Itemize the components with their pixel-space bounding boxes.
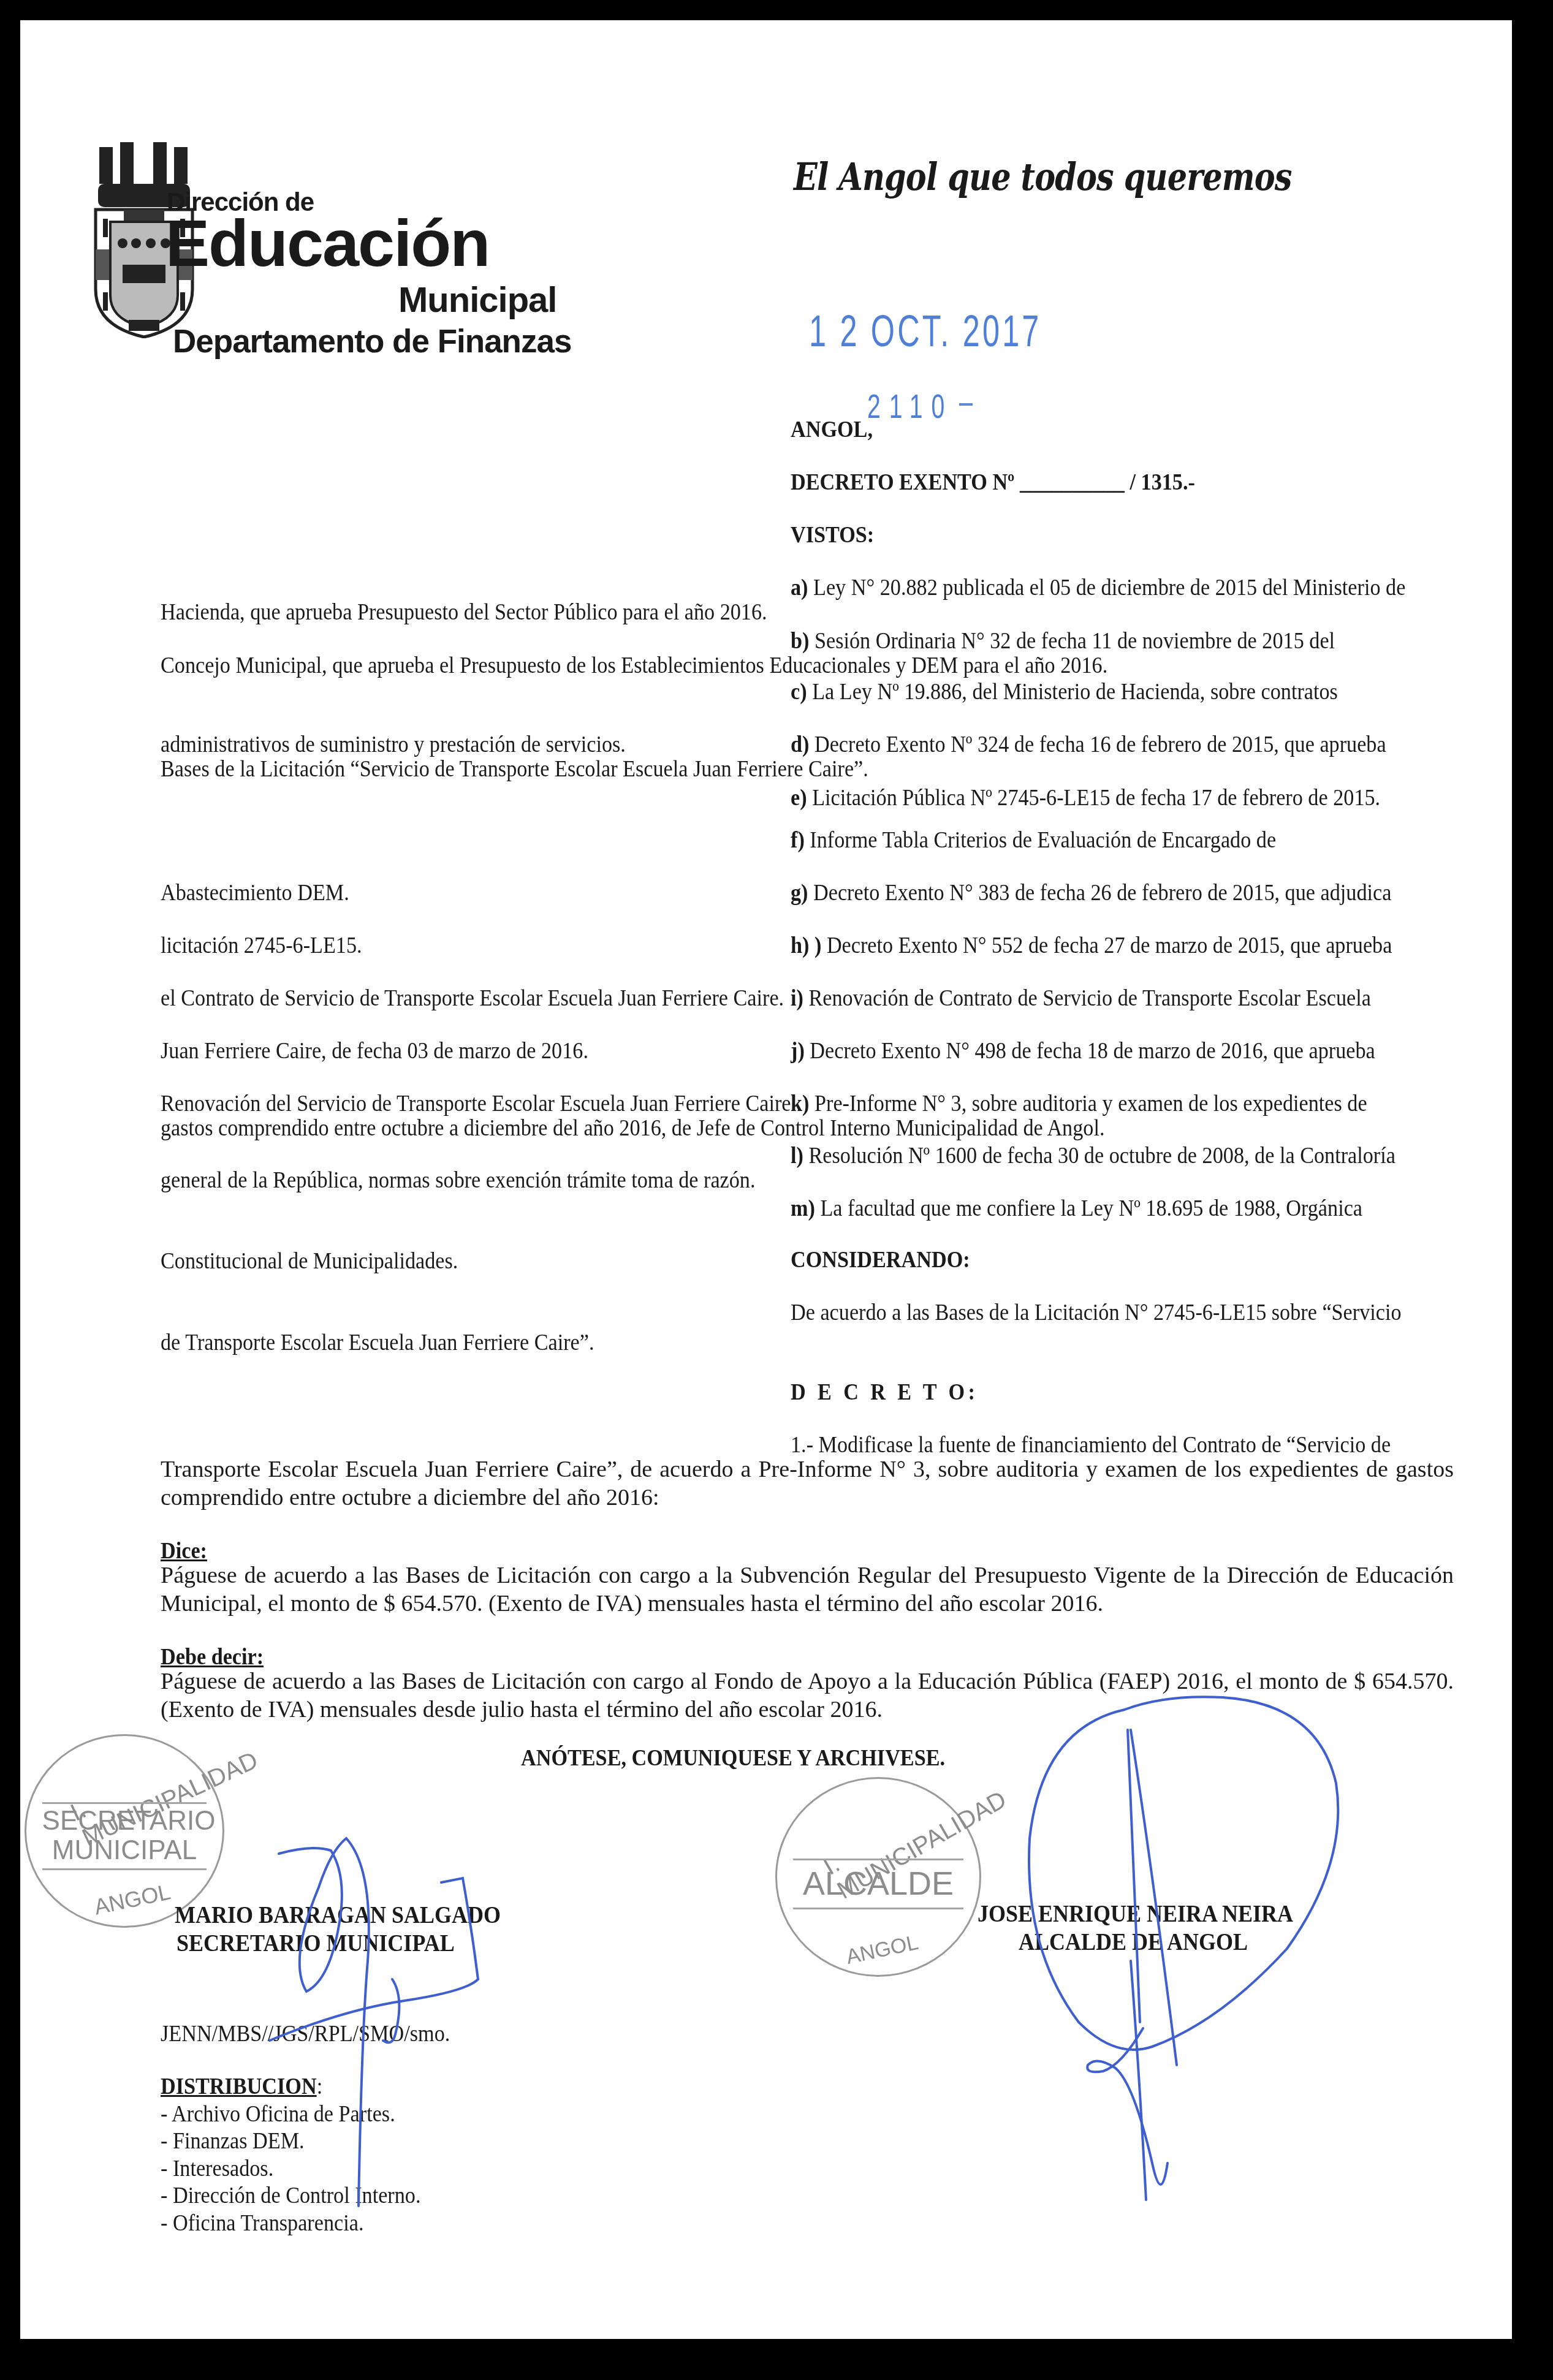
distribucion-heading: DISTRIBUCION (161, 2074, 317, 2099)
debe-decir-text: Páguese de acuerdo a las Bases de Licita… (161, 1667, 1454, 1724)
vistos-item-text: Licitación Pública Nº 2745-6-LE15 de fec… (812, 785, 1380, 811)
vistos-item-continuation: Hacienda, que aprueba Presupuesto del Se… (161, 599, 767, 626)
vistos-item-text: Pre-Informe N° 3, sobre auditoria y exam… (814, 1091, 1367, 1116)
vistos-item-letter: d) (791, 732, 809, 757)
distribucion-item: - Archivo Oficina de Partes. (161, 2101, 421, 2128)
considerando-heading: CONSIDERANDO: (791, 1247, 970, 1274)
left-signatory-title: SECRETARIO MUNICIPAL (177, 1929, 455, 1957)
seal-bottom-text: ANGOL (844, 1931, 921, 1969)
vistos-item: c) La Ley Nº 19.886, del Ministerio de H… (791, 679, 1338, 706)
registry-number-stamp: 2110 (867, 386, 953, 426)
vistos-item: h) ) Decreto Exento N° 552 de fecha 27 d… (791, 933, 1392, 960)
vistos-item-text: Decreto Exento N° 552 de fecha 27 de mar… (827, 933, 1392, 958)
vistos-item-letter: m) (791, 1196, 815, 1221)
received-date-stamp: 1 2 OCT. 2017 (809, 306, 1042, 357)
distribucion-item: - Finanzas DEM. (161, 2128, 421, 2155)
seal-center-line2: MUNICIPAL (42, 1836, 207, 1865)
considerando-first: De acuerdo a las Bases de la Licitación … (791, 1300, 1402, 1327)
left-signatory-name: MARIO BARRAGAN SALGADO (175, 1901, 501, 1929)
vistos-item-letter: a) (791, 575, 808, 601)
vistos-item-letter: k) (791, 1091, 809, 1116)
vistos-item-text: La facultad que me confiere la Ley Nº 18… (820, 1196, 1362, 1221)
vistos-item-letter: i) (791, 985, 803, 1011)
vistos-item: m) La facultad que me confiere la Ley Nº… (791, 1196, 1362, 1222)
vistos-item-text: Informe Tabla Criterios de Evaluación de… (810, 827, 1276, 853)
vistos-item-text: Decreto Exento N° 498 de fecha 18 de mar… (810, 1038, 1375, 1064)
decree-suffix: / 1315.- (1130, 469, 1195, 495)
org-line-municipal: Municipal (398, 279, 556, 320)
dice-text: Páguese de acuerdo a las Bases de Licita… (161, 1561, 1454, 1618)
vistos-item-letter: c) (791, 679, 807, 705)
vistos-item: l) Resolución Nº 1600 de fecha 30 de oct… (791, 1143, 1395, 1170)
distribucion-item: - Dirección de Control Interno. (161, 2182, 421, 2209)
vistos-item-continuation: el Contrato de Servicio de Transporte Es… (161, 985, 784, 1012)
distribucion-heading-line: DISTRIBUCION: (161, 2074, 322, 2101)
secretario-municipal-seal: I. MUNICIPALIDAD SECRETARIO MUNICIPAL AN… (25, 1734, 224, 1928)
slogan: El Angol que todos queremos (794, 154, 1292, 199)
colon: : (317, 2074, 323, 2099)
vistos-item-letter: h) ) (791, 933, 821, 958)
vistos-item: b) Sesión Ordinaria N° 32 de fecha 11 de… (791, 628, 1335, 655)
vistos-item: d) Decreto Exento Nº 324 de fecha 16 de … (791, 732, 1386, 759)
considerando-rest: de Transporte Escolar Escuela Juan Ferri… (161, 1330, 594, 1357)
distribucion-item: - Interesados. (161, 2155, 421, 2182)
vistos-item-text: Renovación de Contrato de Servicio de Tr… (808, 985, 1370, 1011)
org-line-departamento: Departamento de Finanzas (173, 323, 571, 360)
vistos-item-letter: e) (791, 785, 807, 811)
decree-number-line: DECRETO EXENTO Nº __________ / 1315.- (791, 469, 1195, 496)
vistos-item: g) Decreto Exento N° 383 de fecha 26 de … (791, 880, 1391, 907)
vistos-item: i) Renovación de Contrato de Servicio de… (791, 985, 1371, 1012)
vistos-item-continuation: Concejo Municipal, que aprueba el Presup… (161, 653, 1107, 680)
vistos-item: j) Decreto Exento N° 498 de fecha 18 de … (791, 1038, 1375, 1065)
seal-center-text: SECRETARIO MUNICIPAL (42, 1802, 207, 1870)
org-line-educacion: Educación (165, 210, 489, 276)
closing-formula: ANÓTESE, COMUNIQUESE Y ARCHIVESE. (521, 1745, 945, 1772)
decree-blank: __________ (1020, 469, 1125, 495)
vistos-item-continuation: Juan Ferriere Caire, de fecha 03 de marz… (161, 1038, 588, 1065)
vistos-item: e) Licitación Pública Nº 2745-6-LE15 de … (791, 785, 1380, 812)
vistos-item-text: Decreto Exento N° 383 de fecha 26 de feb… (813, 880, 1391, 906)
vistos-item-letter: f) (791, 827, 805, 853)
vistos-heading: VISTOS: (791, 522, 874, 549)
distribucion-item: - Oficina Transparencia. (161, 2210, 421, 2237)
vistos-item-letter: g) (791, 880, 808, 906)
distribucion-list: - Archivo Oficina de Partes. - Finanzas … (161, 2101, 450, 2237)
vistos-item-letter: j) (791, 1038, 805, 1064)
vistos-item-text: Decreto Exento Nº 324 de fecha 16 de feb… (814, 732, 1386, 757)
vistos-item-continuation: Bases de la Licitación “Servicio de Tran… (161, 756, 868, 783)
vistos-item: f) Informe Tabla Criterios de Evaluación… (791, 827, 1276, 854)
vistos-item-text: Resolución Nº 1600 de fecha 30 de octubr… (808, 1143, 1395, 1169)
seal-center-line1: SECRETARIO (42, 1806, 207, 1836)
vistos-item-continuation: general de la República, normas sobre ex… (161, 1167, 756, 1194)
vistos-item-continuation: administrativos de suministro y prestaci… (161, 732, 626, 759)
vistos-item-continuation: Abastecimiento DEM. (161, 880, 349, 907)
stamp-mark (959, 397, 973, 406)
decree-label: DECRETO EXENTO Nº (791, 469, 1014, 495)
place-label: ANGOL, (791, 417, 873, 444)
decreto-point1-rest: Transporte Escolar Escuela Juan Ferriere… (161, 1455, 1454, 1512)
alcalde-seal: I. MUNICIPALIDAD ALCALDE ANGOL (775, 1777, 981, 1977)
vistos-item-continuation: Constitucional de Municipalidades. (161, 1248, 458, 1275)
vistos-item-letter: b) (791, 628, 809, 654)
seal-center-text: ALCALDE (793, 1859, 963, 1909)
seal-bottom-text: ANGOL (92, 1879, 173, 1920)
vistos-item-continuation: Renovación del Servicio de Transporte Es… (161, 1091, 791, 1118)
vistos-item-text: Sesión Ordinaria N° 32 de fecha 11 de no… (814, 628, 1335, 654)
right-signatory-name: JOSE ENRIQUE NEIRA NEIRA (978, 1900, 1293, 1928)
right-signatory-title: ALCALDE DE ANGOL (1019, 1928, 1248, 1956)
vistos-item-text: La Ley Nº 19.886, del Ministerio de Haci… (812, 679, 1338, 705)
vistos-item-continuation: licitación 2745-6-LE15. (161, 933, 362, 960)
vistos-item-text: Ley N° 20.882 publicada el 05 de diciemb… (813, 575, 1405, 601)
vistos-item-continuation: gastos comprendido entre octubre a dicie… (161, 1115, 1104, 1142)
decreto-heading: D E C R E T O: (791, 1379, 978, 1406)
vistos-item-letter: l) (791, 1143, 803, 1169)
vistos-item: a) Ley N° 20.882 publicada el 05 de dici… (791, 575, 1405, 602)
vistos-item: k) Pre-Informe N° 3, sobre auditoria y e… (791, 1091, 1367, 1118)
initials-reference: JENN/MBS//JGS/RPL/SMO/smo. (161, 2021, 450, 2048)
